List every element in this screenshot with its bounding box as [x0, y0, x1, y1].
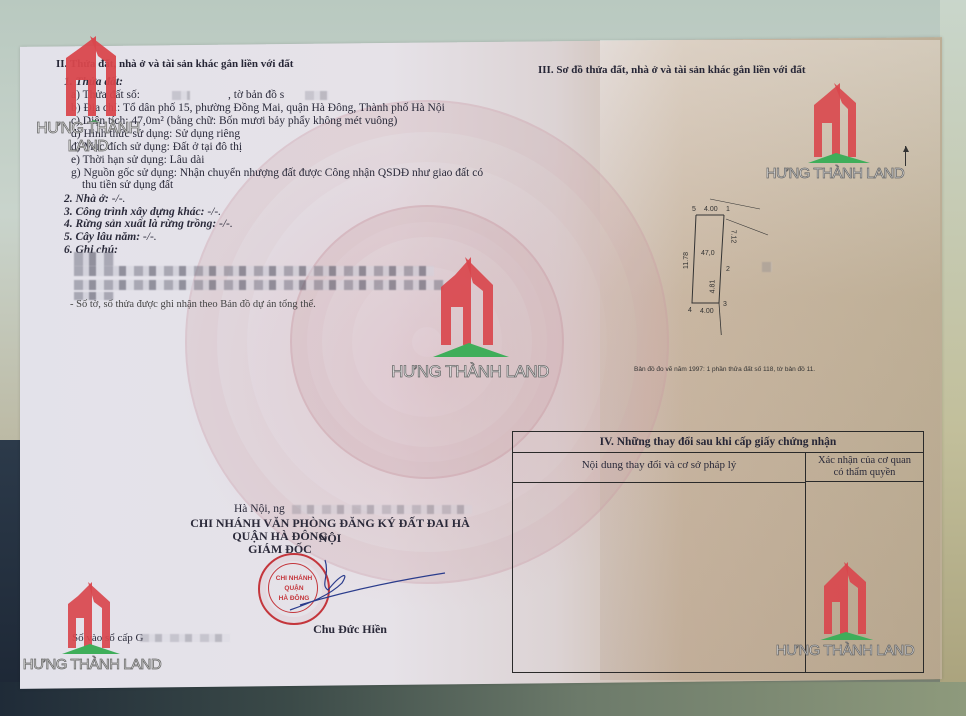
place-date: Hà Nội, ng: [234, 503, 285, 516]
watermark-brand-text: HƯNG THÀNH LAND: [770, 642, 920, 659]
other-construction-value: -/-.: [207, 206, 221, 218]
point-5-label: 5: [692, 206, 696, 213]
watermark-brand-text: HƯNG THÀNH LAND: [18, 120, 158, 156]
top-edge-length: 4.00: [704, 206, 718, 213]
redacted-parcel-number: [172, 91, 190, 100]
watermark-logo: HƯNG THÀNH LAND: [18, 18, 158, 128]
watermark-brand-text: HƯNG THÀNH LAND: [760, 165, 910, 182]
perennial-row: 5. Cây lâu năm: -/-.: [64, 231, 157, 244]
right-lower-length: 4.81: [709, 280, 716, 294]
redacted-note-2: [74, 266, 434, 276]
left-edge-length: 11.78: [683, 252, 690, 269]
watermark-logo: HƯNG THÀNH LAND: [22, 570, 162, 680]
point-2-label: 2: [726, 266, 730, 273]
forest-label: 4. Rừng sản xuất là rừng trồng:: [64, 218, 216, 230]
house-row: 2. Nhà ở: -/-.: [64, 193, 125, 206]
column-header-confirmation: Xác nhận của cơ quan có thẩm quyền: [805, 452, 923, 482]
parcel-diagram: 5 4.00 1 47,0 11.78 7.12 2 4.81 3 4 4.00: [640, 195, 830, 335]
other-construction-label: 3. Công trình xây dựng khác:: [64, 206, 204, 218]
watermark-logo: HƯNG THÀNH LAND: [760, 65, 910, 175]
origin-label: g) Nguồn gốc sử dụng:: [71, 167, 177, 179]
confirmation-header-line-1: Xác nhận của cơ quan: [806, 455, 923, 467]
signature-scribble: [270, 555, 450, 615]
usage-term-value: Lâu dài: [170, 154, 205, 166]
point-4-label: 4: [688, 307, 692, 314]
bottom-edge-length: 4.00: [700, 308, 714, 315]
watermark-brand-text: HƯNG THÀNH LAND: [385, 362, 555, 382]
confirmation-header-line-2: có thẩm quyền: [806, 467, 923, 479]
forest-row: 4. Rừng sản xuất là rừng trồng: -/-.: [64, 218, 233, 231]
usage-form-value: Sử dụng riêng: [175, 128, 240, 140]
signer-name: Chu Đức Hiền: [290, 622, 410, 637]
perennial-label: 5. Cây lâu năm:: [64, 231, 140, 243]
perennial-value: -/-.: [143, 231, 157, 243]
point-1-label: 1: [726, 206, 730, 213]
usage-purpose-value: Đất ở tại đô thị: [173, 141, 242, 153]
watermark-logo: HƯNG THÀNH LAND: [770, 550, 920, 660]
note-map-reference: - Số tờ, số thửa được ghi nhận theo Bản …: [70, 298, 316, 311]
origin-value-continued: thu tiền sử dụng đất: [82, 179, 173, 192]
map-survey-note: Bản đồ đo vẽ năm 1997: 1 phần thửa đất s…: [634, 366, 815, 373]
map-sheet-label: , tờ bản đồ s: [228, 89, 284, 102]
redacted-date: [292, 505, 472, 514]
changes-table-title: IV. Những thay đổi sau khi cấp giấy chứn…: [513, 432, 923, 453]
watermark-brand-text: HƯNG THÀNH LAND: [22, 656, 162, 673]
background-object: [0, 440, 22, 716]
house-label: 2. Nhà ở:: [64, 193, 109, 205]
forest-value: -/-.: [219, 218, 233, 230]
redacted-note-1: [74, 252, 114, 266]
watermark-logo: HƯNG THÀNH LAND: [385, 245, 555, 355]
redacted-neighbor-label: [762, 262, 772, 272]
area-value: 47,0m² (bằng chữ: Bốn mươi bảy phẩy khôn…: [131, 115, 397, 127]
redacted-map-sheet: [305, 91, 329, 100]
point-3-label: 3: [723, 301, 727, 308]
right-upper-length: 7.12: [729, 230, 736, 244]
parcel-area-label: 47,0: [701, 250, 715, 257]
address-value: Tổ dân phố 15, phường Đồng Mai, quận Hà …: [123, 102, 445, 114]
background-wall: [940, 0, 966, 716]
origin-value: Nhận chuyển nhượng đất được Công nhận QS…: [180, 167, 483, 179]
house-value: -/-.: [112, 193, 126, 205]
column-header-content: Nội dung thay đổi và cơ sở pháp lý: [513, 452, 805, 483]
parcel-outline-svg: [640, 195, 830, 335]
